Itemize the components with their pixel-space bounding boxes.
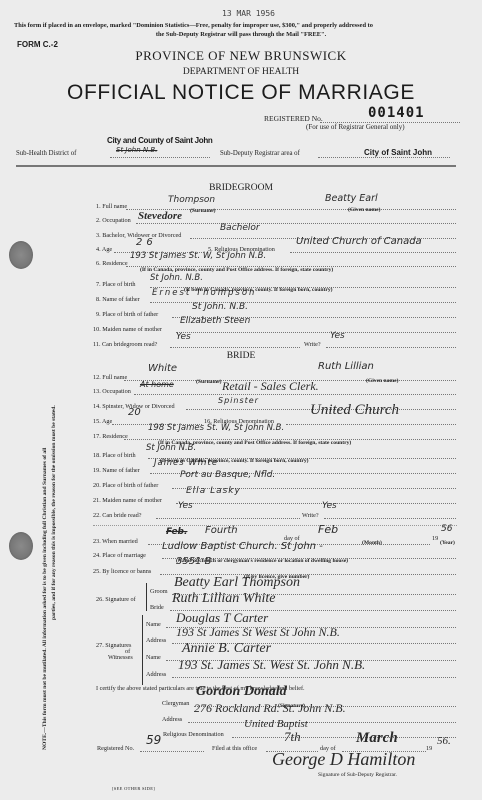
groom-given-name: Beatty Earl: [325, 193, 378, 204]
filed-label: Filed at this office: [212, 745, 257, 752]
registered-no-label: REGISTERED No.: [264, 114, 323, 123]
clergyman-address-label: Address: [162, 716, 182, 723]
groom-mother-label: 10. Maiden name of mother: [93, 326, 162, 333]
filed-year: 56.: [437, 735, 451, 747]
section-divider: [93, 525, 457, 526]
groom-birthplace-label: 7. Place of birth: [96, 281, 136, 288]
bridegroom-heading: BRIDEGROOM: [0, 183, 482, 193]
groom-read: Yes: [176, 332, 191, 342]
mail-notice-line2: the Sub-Deputy Registrar will pass throu…: [0, 31, 482, 38]
groom-surname-caption: (Surname): [190, 208, 215, 214]
bride-birthplace-label: 18. Place of birth: [93, 452, 136, 459]
witness1-name-label: Name: [146, 621, 161, 628]
registrar-signature: George D Hamilton: [272, 749, 415, 770]
bride-father-birth-label: 20. Place of birth of father: [93, 482, 158, 489]
bride-full-name-label: 12. Full name: [93, 374, 127, 381]
groom-given-caption: (Given name): [348, 207, 380, 213]
witness2-address: 193 St. James St. West St. John N.B.: [178, 657, 365, 673]
sub-health-value: St John N.B.: [116, 146, 157, 154]
bride-birthplace: St John N.B.: [146, 443, 196, 453]
bride-occupation-label: 13. Occupation: [93, 388, 131, 395]
bride-mother-label: 21. Maiden name of mother: [93, 497, 162, 504]
witness2-address-label: Address: [146, 671, 166, 678]
groom-write: Yes: [330, 331, 345, 341]
bride-sig-label: Bride: [150, 604, 164, 611]
married-year: 56: [441, 524, 452, 534]
groom-residence-label: 6. Residence: [96, 260, 128, 267]
punch-hole-bottom: [9, 532, 33, 560]
groom-surname: Thompson: [168, 195, 215, 205]
sub-health-label: Sub-Health District of: [16, 150, 76, 157]
filing-registered-label: Registered No.: [97, 745, 134, 752]
bride-residence: 198 St James St. W, St John N.B.: [148, 423, 284, 433]
bride-write: Yes: [322, 501, 337, 511]
witness1-address-label: Address: [146, 637, 166, 644]
bride-signature: Ruth Lillian White: [172, 591, 275, 607]
groom-birthplace: St John. N.B.: [150, 273, 203, 283]
licence-number: 3551 B: [176, 556, 212, 567]
witness-label-3: Witnesses: [108, 654, 133, 661]
punch-hole-top: [9, 241, 33, 269]
bride-surname: White: [148, 363, 177, 374]
filing-registered-value: 59: [146, 733, 161, 747]
county-stamp: City and County of Saint John: [107, 136, 213, 145]
married-month: Feb: [318, 523, 338, 536]
bride-father: James White: [154, 458, 218, 468]
filed-year-prefix: 19: [426, 745, 432, 752]
filed-month: March: [356, 730, 398, 747]
department-heading: DEPARTMENT OF HEALTH: [0, 67, 482, 77]
sub-deputy-value: City of Saint John: [364, 148, 432, 157]
clergyman-signature: Gordon Donald: [196, 684, 287, 700]
groom-age: 26: [136, 237, 157, 248]
when-married-struck: Feb.: [166, 527, 187, 537]
clergy-denomination-label: Religious Denomination: [163, 731, 224, 738]
see-other-side: [SEE OTHER SIDE]: [112, 786, 155, 791]
bride-age-label: 15. Age: [93, 418, 112, 425]
bride-read: Yes: [178, 501, 193, 511]
bride-religion: United Church: [310, 402, 399, 419]
bride-mother: Ella Lasky: [186, 486, 241, 496]
bride-residence-label: 17. Residence: [93, 433, 128, 440]
married-month-caption: (Month): [362, 540, 382, 546]
bride-heading: BRIDE: [0, 351, 482, 361]
witness1-name: Douglas T Carter: [176, 610, 268, 626]
marriage-notice-document: NOTE.—This form must not be mutilated. A…: [0, 0, 482, 800]
groom-father-label: 8. Name of father: [96, 296, 140, 303]
bride-given-name: Ruth Lillian: [318, 361, 374, 372]
registered-no-value: 001401: [368, 105, 425, 121]
groom-sig-label: Groom: [150, 588, 168, 595]
header-divider: [16, 165, 456, 167]
married-year-caption: (Year): [440, 540, 455, 546]
document-title: OFFICIAL NOTICE OF MARRIAGE: [0, 81, 482, 105]
groom-father: Ernest Thompson: [152, 288, 256, 298]
clergyman-label: Clergyman: [162, 700, 189, 707]
groom-religion: United Church of Canada: [296, 236, 422, 247]
groom-read-label: 11. Can bridegroom read?: [93, 341, 157, 348]
place-of-marriage: Ludlow Baptist Church. St John -: [162, 541, 323, 552]
province-heading: PROVINCE OF NEW BRUNSWICK: [0, 48, 482, 64]
bride-father-birth: Port au Basque, Nfld.: [180, 470, 275, 480]
bride-father-label: 19. Name of father: [93, 467, 140, 474]
bride-write-label: Write?: [302, 512, 319, 519]
bride-given-caption: (Given name): [366, 378, 398, 384]
sub-deputy-label: Sub-Deputy Registrar area of: [220, 150, 300, 157]
bride-status: Spinster: [218, 396, 259, 405]
groom-occupation: Stevedore: [138, 210, 182, 222]
bride-read-label: 22. Can bride read?: [93, 512, 141, 519]
bride-occupation-struck: At home: [140, 380, 174, 389]
registrar-signature-caption: Signature of Sub-Deputy Registrar.: [318, 772, 397, 778]
clergyman-address: 276 Rockland Rd. St. John N.B.: [194, 701, 346, 716]
mail-notice-line1: This form if placed in an envelope, mark…: [14, 22, 373, 29]
groom-signature: Beatty Earl Thompson: [174, 575, 300, 591]
registrar-general-note: (For use of Registrar General only): [306, 123, 405, 131]
bride-occupation: Retail - Sales Clerk.: [222, 379, 319, 394]
groom-father-birth: St John. N.B.: [192, 302, 248, 312]
groom-occupation-label: 2. Occupation: [96, 217, 131, 224]
groom-father-birth-label: 9. Place of birth of father: [96, 311, 158, 318]
groom-status: Bachelor: [220, 223, 260, 233]
received-stamp: 13 MAR 1956: [222, 9, 275, 18]
witness1-address: 193 St James St West St John N.B.: [176, 625, 340, 640]
groom-write-label: Write?: [304, 341, 321, 348]
bride-surname-caption: (Surname): [196, 379, 221, 385]
filed-day: 7th: [284, 729, 301, 745]
side-note-line2: parties, and if for any reason this is i…: [51, 280, 57, 620]
groom-full-name-label: 1. Full name: [96, 203, 127, 210]
witness2-name: Annie B. Carter: [182, 641, 271, 657]
signature-of-label: 26. Signature of: [96, 596, 136, 603]
bride-age: 20: [128, 407, 141, 418]
witness2-name-label: Name: [146, 654, 161, 661]
licence-label: 25. By licence or banns: [93, 568, 151, 575]
when-married-label: 23. When married: [93, 538, 138, 545]
groom-residence: 193 St James St. W, St John N.B.: [130, 251, 266, 261]
place-of-marriage-label: 24. Place of marriage: [93, 552, 146, 559]
groom-mother: Elizabeth Steen: [180, 316, 250, 326]
married-day: Fourth: [205, 525, 238, 536]
groom-age-label: 4. Age: [96, 246, 112, 253]
married-year-prefix: 19: [432, 535, 438, 542]
